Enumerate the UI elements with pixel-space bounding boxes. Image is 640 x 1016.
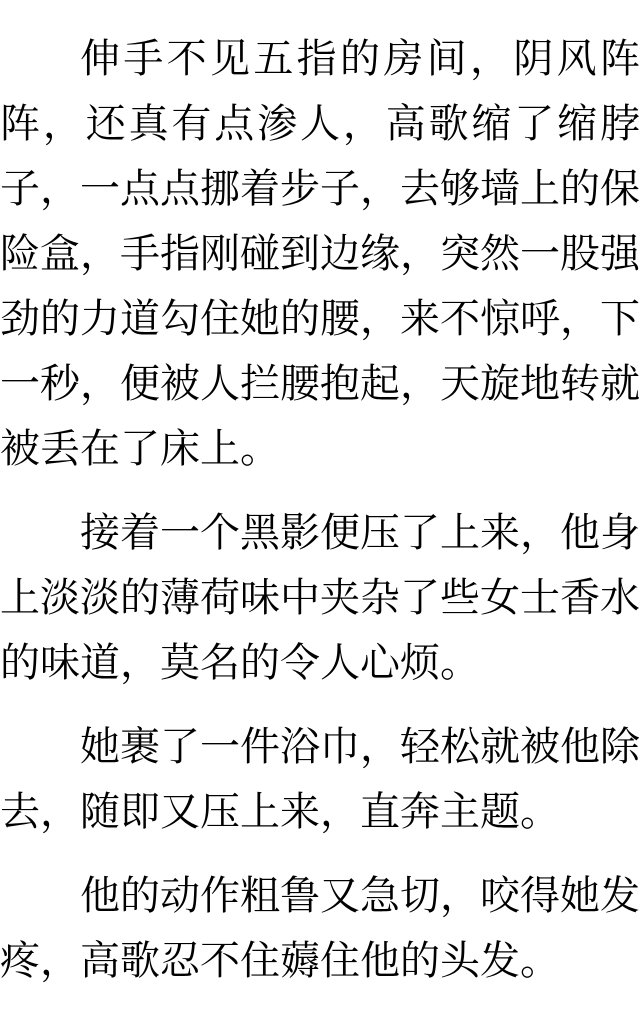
paragraph: 接着一个黑影便压了上来，他身上淡淡的薄荷味中夹杂了些女士香水的味道，莫名的令人心…	[0, 500, 640, 695]
paragraph: 他的动作粗鲁又急切，咬得她发疼，高歌忍不住薅住他的头发。	[0, 863, 640, 993]
reader-page: 伸手不见五指的房间，阴风阵阵，还真有点渗人，高歌缩了缩脖子，一点点挪着步子，去够…	[0, 0, 640, 1016]
paragraph: 伸手不见五指的房间，阴风阵阵，还真有点渗人，高歌缩了缩脖子，一点点挪着步子，去够…	[0, 26, 640, 481]
novel-text: 伸手不见五指的房间，阴风阵阵，还真有点渗人，高歌缩了缩脖子，一点点挪着步子，去够…	[0, 26, 640, 993]
paragraph: 她裹了一件浴巾，轻松就被他除去，随即又压上来，直奔主题。	[0, 714, 640, 844]
